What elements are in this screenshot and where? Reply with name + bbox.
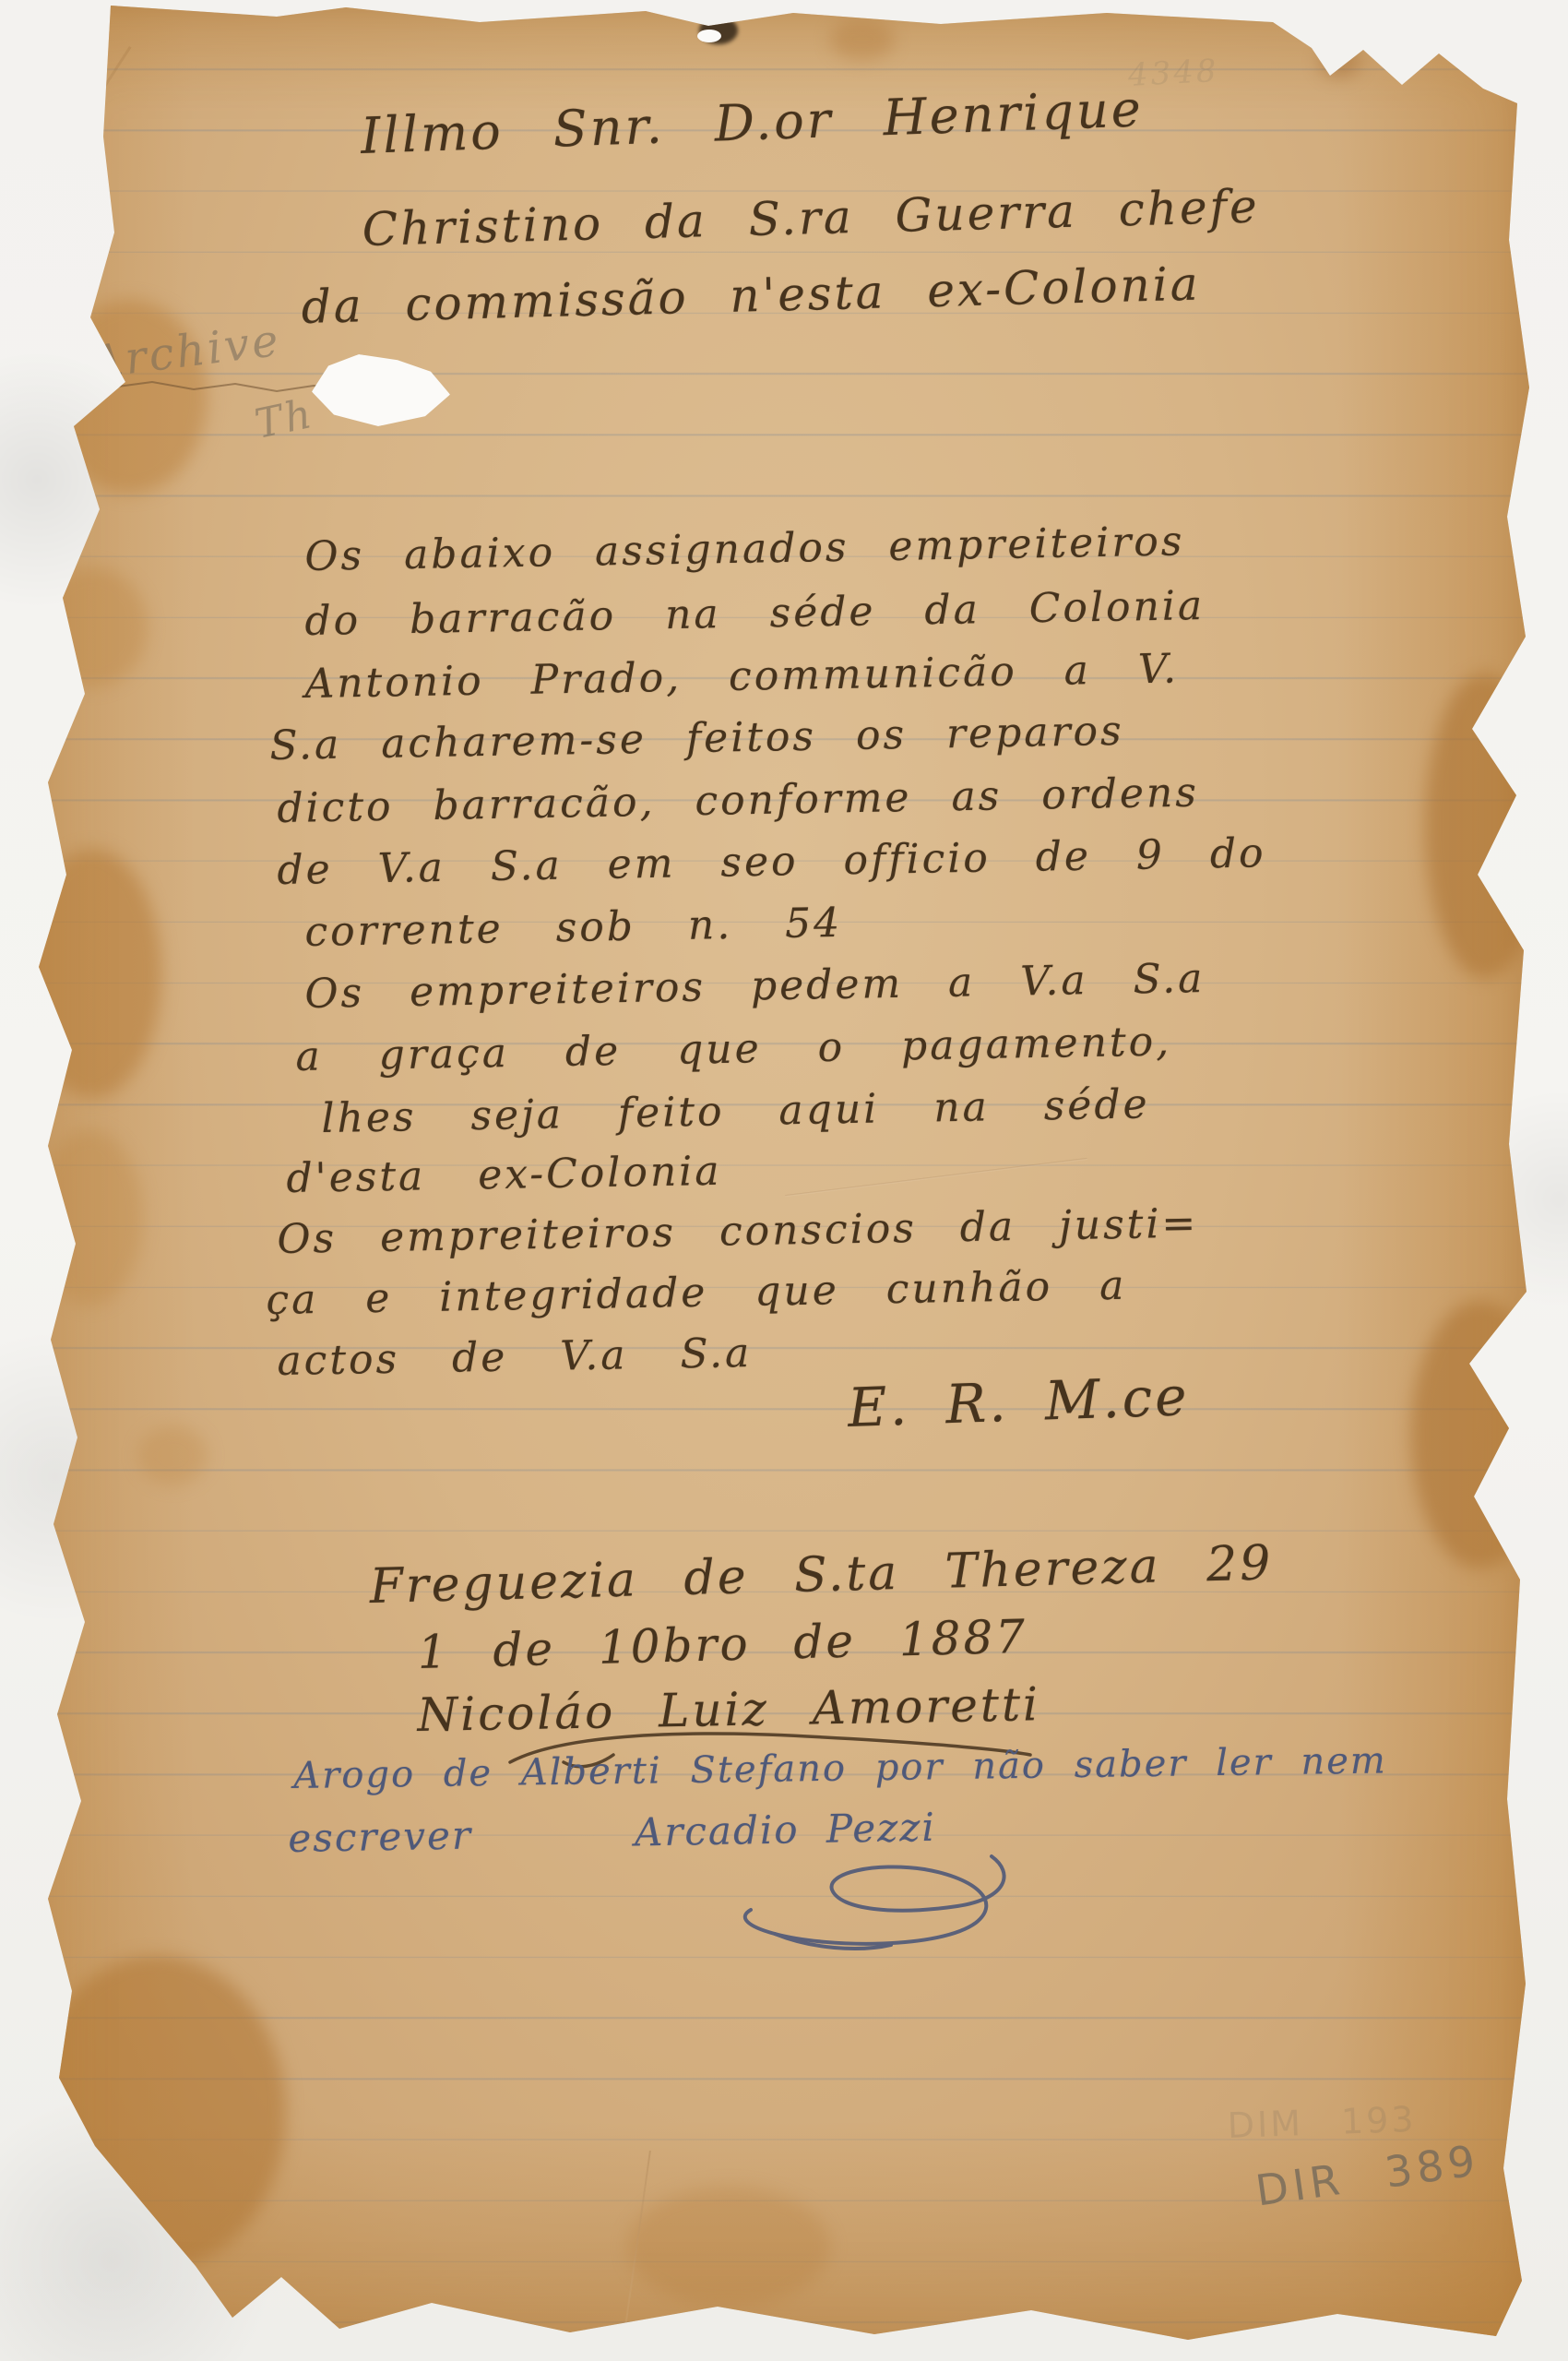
body-line: actos de V.a S.a [277,1330,753,1385]
rubric-flourish [710,1845,1042,1965]
archive-mark-faint: DIM 193 [1227,2099,1417,2146]
body-line: corrente sob n. 54 [304,900,843,956]
tear-crack-line [74,367,350,404]
closing-erm: E. R. M.ce [847,1365,1191,1439]
body-line: d'esta ex-Colonia [286,1148,722,1202]
edge-band-right [1337,0,1568,2361]
small-hole-white [697,30,721,42]
scanned-letter-page: Illmo Snr. D.or Henrique Christino da S.… [0,0,1568,2361]
pencil-faint-number: 4348 [1127,53,1219,94]
aged-paper-sheet: Illmo Snr. D.or Henrique Christino da S.… [0,0,1568,2361]
